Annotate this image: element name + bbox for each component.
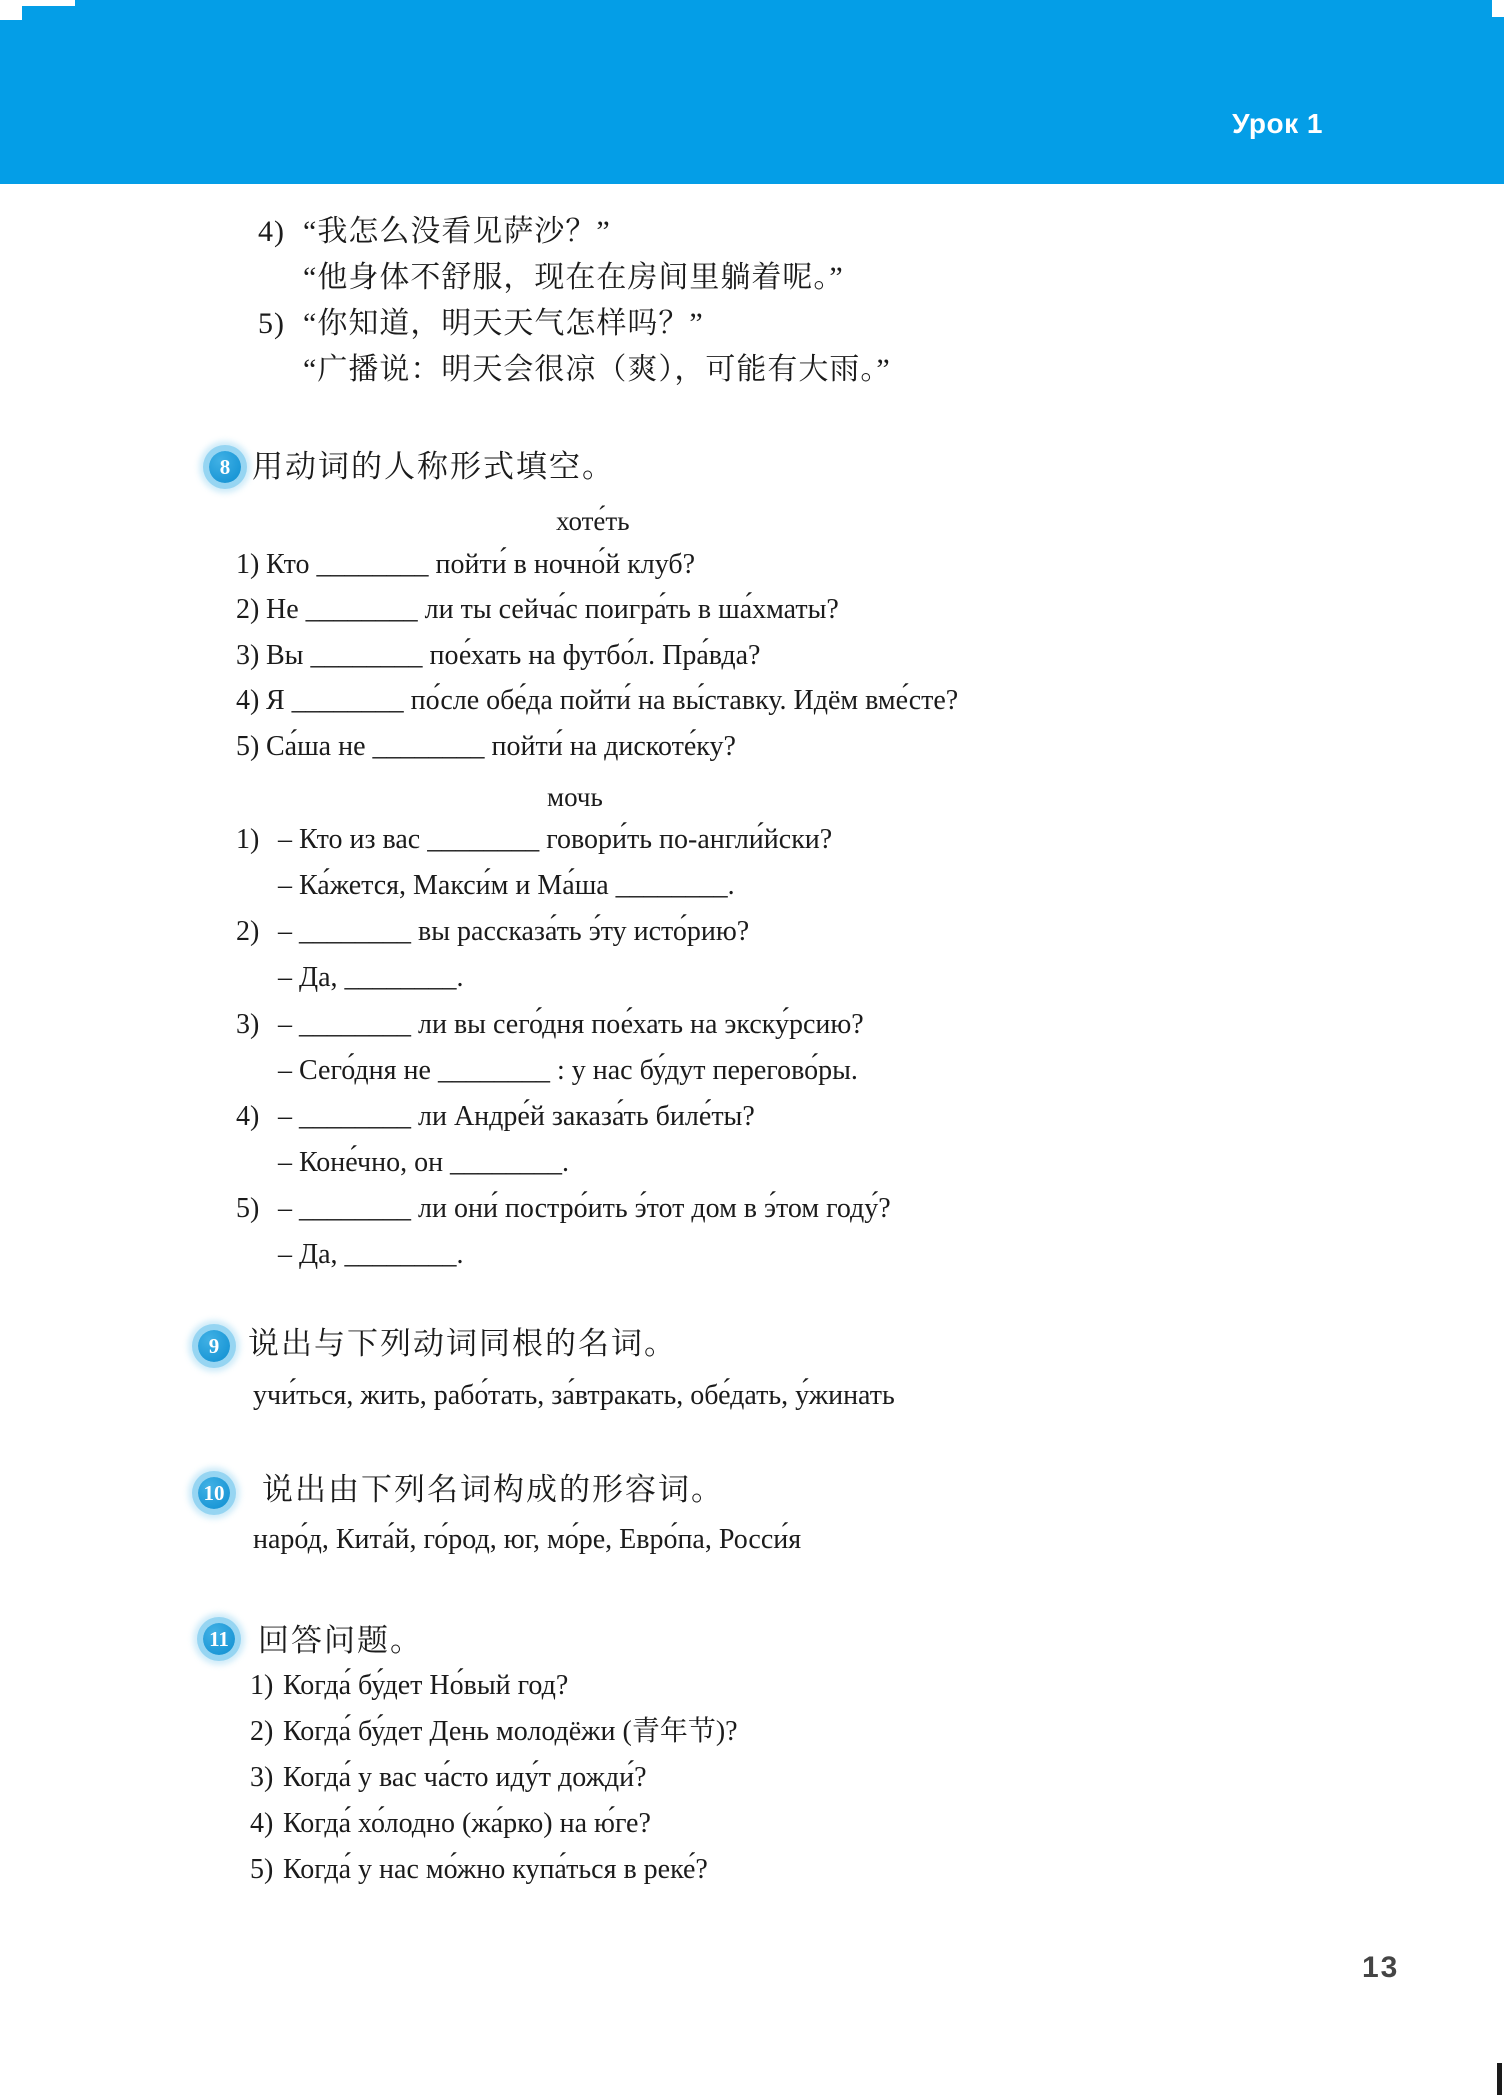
moch-item-4-answer: – Коне́чно, он ________. bbox=[278, 1146, 569, 1180]
item-text: Вы ________ пое́хать на футбо́л. Пра́вда… bbox=[266, 640, 760, 671]
item-text: Когда́ хо́лодно (жа́рко) на ю́ге? bbox=[283, 1808, 651, 1839]
khotet-item-2: 2)Не ________ ли ты сейча́с поигра́ть в … bbox=[236, 593, 839, 627]
verb-heading-moch: мочь bbox=[547, 782, 603, 813]
verb-heading-khotet: хоте́ть bbox=[556, 506, 630, 537]
item-text: Кто ________ пойти́ в ночно́й клуб? bbox=[266, 549, 695, 580]
item-number: 4) bbox=[258, 213, 303, 251]
item-text: Когда́ бу́дет Но́вый год? bbox=[283, 1670, 568, 1701]
header-band: Урок 1 bbox=[0, 0, 1504, 184]
scan-notch-top-left bbox=[0, 0, 22, 20]
exercise-10-title: 说出由下列名词构成的形容词。 bbox=[262, 1471, 724, 1509]
item-text: – Кто из вас ________ говори́ть по-англи… bbox=[278, 824, 832, 855]
moch-item-2-answer: – Да, ________. bbox=[278, 961, 464, 995]
item-number: 2) bbox=[250, 1715, 283, 1749]
dialogue-text: “他身体不舒服，现在在房间里躺着呢。” bbox=[303, 261, 844, 294]
item-number: 4) bbox=[236, 1100, 278, 1134]
item-number: 1) bbox=[236, 548, 266, 582]
item-text: Не ________ ли ты сейча́с поигра́ть в ша… bbox=[266, 594, 839, 625]
question-item-3: 3)Когда́ у вас ча́сто иду́т дожди́? bbox=[250, 1761, 647, 1795]
dialogue-item-5-line-1: 5)“你知道，明天天气怎样吗？” bbox=[258, 305, 704, 343]
exercise-9-title: 说出与下列动词同根的名词。 bbox=[248, 1325, 677, 1363]
textbook-page: Урок 1 4)“我怎么没看见萨沙？” “他身体不舒服，现在在房间里躺着呢。”… bbox=[0, 0, 1504, 2095]
page-number: 13 bbox=[1362, 1951, 1399, 1985]
item-text: Когда́ у вас ча́сто иду́т дожди́? bbox=[283, 1762, 647, 1793]
moch-item-2-question: 2)– ________ вы рассказа́ть э́ту исто́ри… bbox=[236, 915, 749, 949]
dialogue-item-4-line-2: “他身体不舒服，现在在房间里躺着呢。” bbox=[303, 259, 844, 297]
question-item-1: 1)Когда́ бу́дет Но́вый год? bbox=[250, 1669, 568, 1703]
item-text: – ________ ли они́ постро́ить э́тот дом … bbox=[278, 1193, 891, 1224]
exercise-11-title: 回答问题。 bbox=[258, 1622, 423, 1660]
khotet-item-1: 1)Кто ________ пойти́ в ночно́й клуб? bbox=[236, 548, 695, 582]
exercise-10-badge: 10 bbox=[198, 1477, 230, 1509]
item-text: Са́ша не ________ пойти́ на дискоте́ку? bbox=[266, 731, 736, 762]
item-number: 1) bbox=[250, 1669, 283, 1703]
item-number: 5) bbox=[236, 1192, 278, 1226]
dialogue-text: “你知道，明天天气怎样吗？” bbox=[303, 307, 704, 340]
item-text: – ________ ли Андре́й заказа́ть биле́ты? bbox=[278, 1101, 755, 1132]
exercise-8-title: 用动词的人称形式填空。 bbox=[252, 448, 615, 486]
khotet-item-4: 4)Я ________ по́сле обе́да пойти́ на вы́… bbox=[236, 684, 958, 718]
dialogue-item-4-line-1: 4)“我怎么没看见萨沙？” bbox=[258, 213, 611, 251]
item-number: 4) bbox=[236, 684, 266, 718]
item-text: – Сего́дня не ________ : у нас бу́дут пе… bbox=[278, 1055, 858, 1086]
item-text: Когда́ у нас мо́жно купа́ться в реке́? bbox=[283, 1854, 708, 1885]
item-number: 2) bbox=[236, 915, 278, 949]
item-number: 3) bbox=[250, 1761, 283, 1795]
item-text: – Коне́чно, он ________. bbox=[278, 1147, 569, 1178]
scan-notch-top-right bbox=[1492, 0, 1504, 17]
exercise-9-badge: 9 bbox=[198, 1330, 230, 1362]
item-number: 3) bbox=[236, 1008, 278, 1042]
moch-item-5-question: 5)– ________ ли они́ постро́ить э́тот до… bbox=[236, 1192, 891, 1226]
exercise-8-badge: 8 bbox=[209, 451, 241, 483]
lesson-title: Урок 1 bbox=[1232, 108, 1323, 140]
moch-item-4-question: 4)– ________ ли Андре́й заказа́ть биле́т… bbox=[236, 1100, 755, 1134]
item-number: 5) bbox=[258, 305, 303, 343]
item-number: 5) bbox=[250, 1853, 283, 1887]
khotet-item-5: 5)Са́ша не ________ пойти́ на дискоте́ку… bbox=[236, 730, 736, 764]
moch-item-3-answer: – Сего́дня не ________ : у нас бу́дут пе… bbox=[278, 1054, 858, 1088]
item-number: 1) bbox=[236, 823, 278, 857]
item-text: – ________ ли вы сего́дня пое́хать на эк… bbox=[278, 1009, 864, 1040]
item-text: – Да, ________. bbox=[278, 1239, 464, 1270]
item-number: 4) bbox=[250, 1807, 283, 1841]
item-text: – Да, ________. bbox=[278, 962, 464, 993]
moch-item-5-answer: – Да, ________. bbox=[278, 1238, 464, 1272]
moch-item-1-question: 1)– Кто из вас ________ говори́ть по-анг… bbox=[236, 823, 832, 857]
scan-edge-mark bbox=[1497, 2063, 1502, 2095]
exercise-9-word-list: учи́ться, жить, рабо́тать, за́втракать, … bbox=[253, 1380, 895, 1412]
dialogue-text: “广播说：明天会很凉（爽），可能有大雨。” bbox=[303, 353, 891, 386]
question-item-4: 4)Когда́ хо́лодно (жа́рко) на ю́ге? bbox=[250, 1807, 651, 1841]
item-number: 5) bbox=[236, 730, 266, 764]
khotet-item-3: 3)Вы ________ пое́хать на футбо́л. Пра́в… bbox=[236, 639, 760, 673]
dialogue-item-5-line-2: “广播说：明天会很凉（爽），可能有大雨。” bbox=[303, 351, 891, 389]
item-text: Когда́ бу́дет День молодёжи (青年节)? bbox=[283, 1716, 738, 1747]
moch-item-1-answer: – Ка́жется, Макси́м и Ма́ша ________. bbox=[278, 869, 735, 903]
dialogue-text: “我怎么没看见萨沙？” bbox=[303, 215, 611, 248]
scan-notch-top-left-strip bbox=[22, 0, 75, 6]
exercise-10-word-list: наро́д, Кита́й, го́род, юг, мо́ре, Евро́… bbox=[253, 1524, 801, 1556]
question-item-5: 5)Когда́ у нас мо́жно купа́ться в реке́? bbox=[250, 1853, 708, 1887]
item-text: – ________ вы рассказа́ть э́ту исто́рию? bbox=[278, 916, 749, 947]
item-number: 3) bbox=[236, 639, 266, 673]
item-text: Я ________ по́сле обе́да пойти́ на вы́ст… bbox=[266, 685, 958, 716]
moch-item-3-question: 3)– ________ ли вы сего́дня пое́хать на … bbox=[236, 1008, 864, 1042]
exercise-11-badge: 11 bbox=[203, 1623, 235, 1655]
item-number: 2) bbox=[236, 593, 266, 627]
question-item-2: 2)Когда́ бу́дет День молодёжи (青年节)? bbox=[250, 1715, 738, 1749]
item-text: – Ка́жется, Макси́м и Ма́ша ________. bbox=[278, 870, 735, 901]
